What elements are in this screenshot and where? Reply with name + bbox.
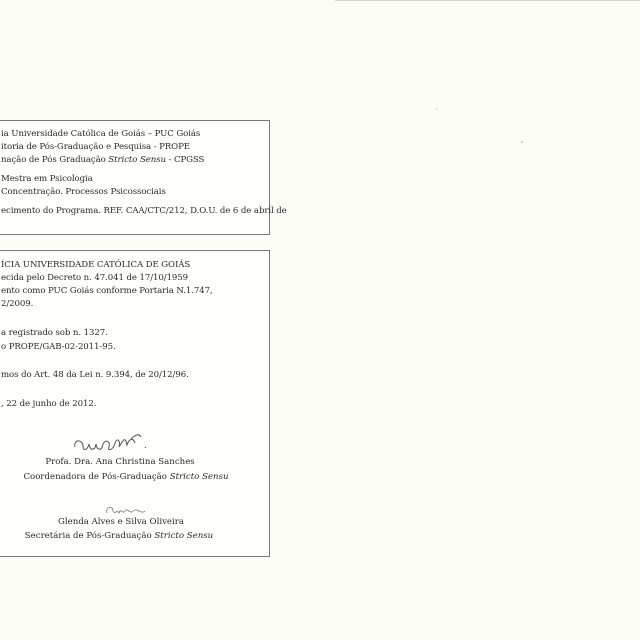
- paper-speck: [436, 108, 438, 110]
- portaria-date-line: 2/2009.: [1, 299, 33, 309]
- secretary-role-italic: Stricto Sensu: [154, 531, 213, 541]
- decree-line: ecida pelo Decreto n. 47.041 de 17/10/19…: [1, 273, 188, 283]
- university-name: ÍCIA UNIVERSIDADE CATÓLICA DE GOIÁS: [1, 260, 190, 270]
- registered-line: a registrado sob n. 1327.: [1, 328, 108, 338]
- secretary-role-prefix: Secretária de Pós-Graduação: [25, 531, 155, 541]
- page-edge-line: [335, 0, 640, 1]
- secretary-name: Glenda Alves e Silva Oliveira: [58, 517, 184, 527]
- institution-line: ia Universidade Católica de Goiás – PUC …: [1, 129, 200, 139]
- cpgss-suffix: - CPGSS: [166, 155, 204, 165]
- paper-speck: [521, 141, 523, 143]
- degree-line: Mestra em Psicologia: [1, 174, 93, 184]
- law-line: mos do Art. 48 da Lei n. 9.394, de 20/12…: [1, 370, 189, 380]
- cpgss-prefix: nação de Pós Graduação: [1, 155, 106, 165]
- coordinator-signature-icon: [71, 429, 151, 457]
- program-info-box: ia Universidade Católica de Goiás – PUC …: [0, 120, 270, 235]
- cpgss-line: nação de Pós Graduação Stricto Sensu - C…: [1, 155, 204, 165]
- date-line: , 22 de junho de 2012.: [1, 399, 96, 409]
- prope-process-line: o PROPE/GAB-02-2011-95.: [1, 342, 116, 352]
- secretary-role: Secretária de Pós-Graduação Stricto Sens…: [25, 531, 213, 541]
- concentration-line: Concentração. Processos Psicossociais: [1, 187, 166, 197]
- coordinator-role-italic: Stricto Sensu: [170, 472, 229, 482]
- coordinator-role-prefix: Coordenadora de Pós-Graduação: [23, 472, 169, 482]
- propre-line: itoria de Pós-Graduação e Pesquisa - PRO…: [1, 142, 190, 152]
- coordinator-role: Coordenadora de Pós-Graduação Stricto Se…: [23, 472, 228, 482]
- portaria-line: ento como PUC Goiás conforme Portaria N.…: [1, 286, 213, 296]
- registration-box: ÍCIA UNIVERSIDADE CATÓLICA DE GOIÁS ecid…: [0, 250, 270, 557]
- recognition-line: ecimento do Programa. REF. CAA/CTC/212, …: [1, 206, 287, 216]
- coordinator-name: Profa. Dra. Ana Christina Sanches: [45, 457, 194, 467]
- cpgss-italic: Stricto Sensu: [108, 155, 166, 165]
